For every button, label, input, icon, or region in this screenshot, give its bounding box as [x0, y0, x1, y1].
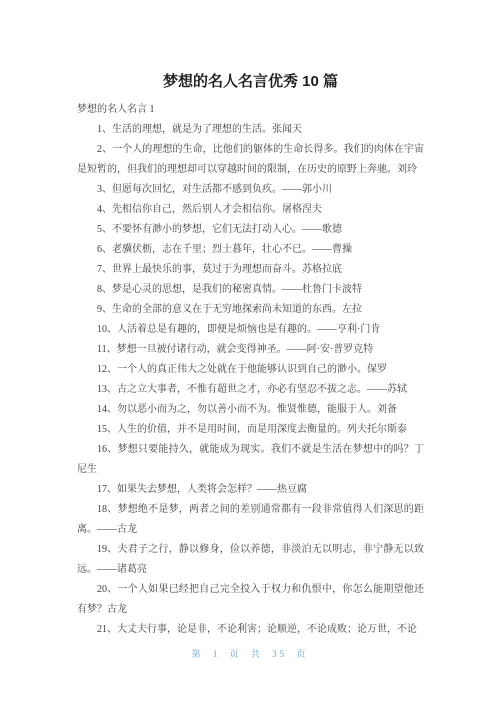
- section-heading: 梦想的名人名言 1: [77, 100, 424, 120]
- quote-paragraph: 8、梦是心灵的思想，是我们的秘密真情。——杜鲁门卡波特: [77, 280, 424, 300]
- quote-paragraph: 7、世界上最快乐的事，莫过于为理想而奋斗。苏格拉底: [77, 260, 424, 280]
- quote-paragraph: 13、古之立大事者，不惟有超世之才，亦必有坚忍不拔之志。——苏轼: [77, 380, 424, 400]
- document-content: 梦想的名人名言优秀 10 篇 梦想的名人名言 1 1、生活的理想，就是为了理想的…: [0, 0, 500, 640]
- quote-paragraph: 2、一个人的理想的生命，比他们的躯体的生命长得多。我们的肉体在宇宙是短暂的，但我…: [77, 140, 424, 180]
- quote-paragraph: 15、人生的价值，并不是用时间，而是用深度去衡量的。列夫托尔斯泰: [77, 420, 424, 440]
- page-footer: 第 1 页 共 35 页: [0, 644, 500, 662]
- quote-paragraph: 19、夫君子之行，静以修身，俭以养德，非淡泊无以明志，非宁静无以致远。——诸葛亮: [77, 540, 424, 580]
- quote-paragraph: 20、一个人如果已经把自己完全投入于权力和仇恨中，你怎么能期望他还有梦？古龙: [77, 580, 424, 620]
- quote-paragraph: 9、生命的全部的意义在于无穷地探索尚未知道的东西。左拉: [77, 300, 424, 320]
- quote-paragraph: 16、梦想只要能持久，就能成为现实。我们不就是生活在梦想中的吗？丁尼生: [77, 440, 424, 480]
- quote-paragraph: 6、老骥伏枥，志在千里；烈士暮年，壮心不已。——曹操: [77, 240, 424, 260]
- document-page: 梦想的名人名言优秀 10 篇 梦想的名人名言 1 1、生活的理想，就是为了理想的…: [0, 0, 500, 707]
- quote-paragraph: 14、勿以恶小而为之，勿以善小而不为。惟贤惟德，能服于人。刘备: [77, 400, 424, 420]
- quote-paragraph: 4、先相信你自己，然后别人才会相信你。屠格涅夫: [77, 200, 424, 220]
- quote-paragraph: 17、如果失去梦想，人类将会怎样？——热豆腐: [77, 480, 424, 500]
- quote-paragraph: 1、生活的理想，就是为了理想的生活。张闻天: [77, 120, 424, 140]
- quote-paragraph: 11、梦想一旦被付诸行动，就会变得神圣。——阿·安·普罗克特: [77, 340, 424, 360]
- quote-paragraph: 3、但愿每次回忆，对生活都不感到负疚。——郭小川: [77, 180, 424, 200]
- page-indicator: 第 1 页 共 35 页: [192, 649, 309, 659]
- quote-paragraph: 10、人活着总是有趣的，即便是烦恼也是有趣的。——亨利·门肯: [77, 320, 424, 340]
- quote-paragraph: 5、不要怀有渺小的梦想，它们无法打动人心。——歌德: [77, 220, 424, 240]
- quote-list: 1、生活的理想，就是为了理想的生活。张闻天2、一个人的理想的生命，比他们的躯体的…: [77, 120, 424, 640]
- document-title: 梦想的名人名言优秀 10 篇: [77, 72, 424, 92]
- quote-paragraph: 21、大丈夫行事，论是非，不论利害；论顺逆，不论成败；论万世，不论: [77, 620, 424, 640]
- quote-paragraph: 18、梦想绝不是梦，两者之间的差别通常都有一段非常值得人们深思的距离。——古龙: [77, 500, 424, 540]
- quote-paragraph: 12、一个人的真正伟大之处就在于他能够认识到自己的渺小。保罗: [77, 360, 424, 380]
